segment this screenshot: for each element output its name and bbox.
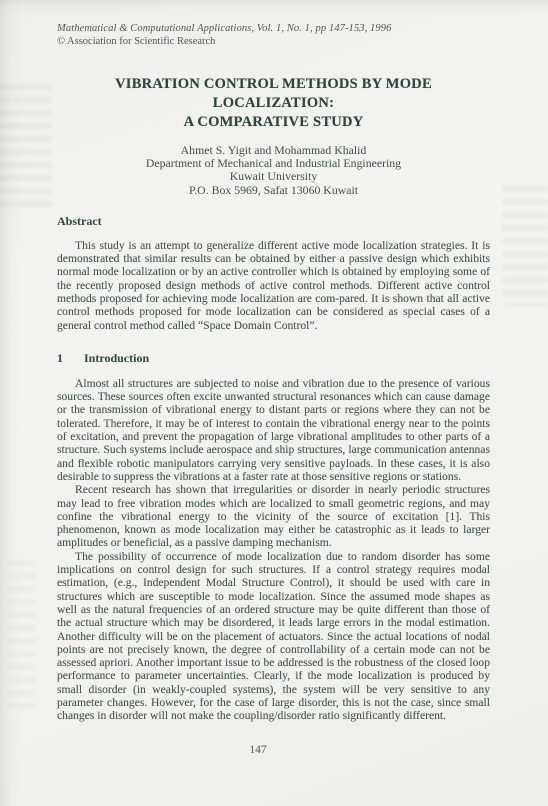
page-number: 147: [0, 744, 516, 756]
page-bleed-through-artifact: [502, 186, 548, 306]
affiliation-address: P.O. Box 5969, Safat 13060 Kuwait: [57, 184, 490, 197]
page-bleed-through-artifact: [0, 84, 52, 214]
section-number: 1: [57, 351, 84, 366]
paper-title-line-1: VIBRATION CONTROL METHODS BY MODE LOCALI…: [57, 75, 490, 113]
page-header: Mathematical & Computational Application…: [57, 22, 490, 48]
section-heading-introduction: 1Introduction: [57, 351, 490, 366]
introduction-paragraph: The possibility of occurrence of mode lo…: [57, 550, 490, 723]
abstract-text: This study is an attempt to generalize d…: [57, 239, 490, 332]
page-bleed-through-artifact: [6, 560, 36, 710]
journal-citation-line: Mathematical & Computational Application…: [57, 22, 490, 35]
scanned-paper-page: Mathematical & Computational Application…: [0, 0, 548, 806]
introduction-paragraph: Almost all structures are subjected to n…: [57, 377, 490, 483]
copyright-line: © Association for Scientific Research: [57, 35, 490, 48]
paper-title-line-2: A COMPARATIVE STUDY: [57, 113, 490, 132]
abstract-heading: Abstract: [57, 214, 490, 229]
introduction-paragraph: Recent research has shown that irregular…: [57, 483, 490, 549]
paper-title: VIBRATION CONTROL METHODS BY MODE LOCALI…: [57, 75, 490, 132]
section-title: Introduction: [84, 351, 149, 365]
affiliation-university: Kuwait University: [57, 170, 490, 183]
author-affiliation-block: Ahmet S. Yigit and Mohammad Khalid Depar…: [57, 144, 490, 197]
